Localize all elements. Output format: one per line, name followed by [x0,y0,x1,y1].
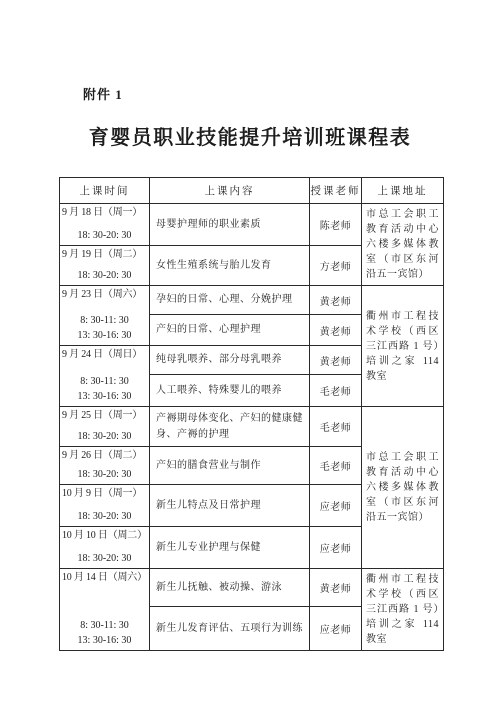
class-date: 9 月 26 日（周二） [60,447,149,463]
class-content-cell: 人工喂养、特殊婴儿的喂养 [150,375,310,407]
address-cell: 衢州市工程技术学校（西区三江西路 1 号）培训之家 114 教室 [362,286,444,407]
teacher-cell: 应老师 [310,527,362,569]
teacher-cell: 毛老师 [310,447,362,485]
class-time-cell: 9 月 25 日（周一） 18: 30-20: 30 [60,407,150,447]
class-date: 9 月 23 日（周六） [60,286,149,302]
page-title: 育婴员职业技能提升培训班课程表 [0,121,500,150]
class-date: 9 月 19 日（周二） [60,246,149,262]
header-cell-address: 上课地址 [362,178,444,204]
class-hours: 8: 30-11: 30 13: 30-16: 30 [60,313,149,343]
class-time-cell: 10 月 14 日（周六） 8: 30-11: 30 13: 30-16: 30 [60,569,150,651]
class-hours: 8: 30-11: 30 13: 30-16: 30 [60,374,149,404]
class-date: 10 月 14 日（周六） [60,569,149,585]
time-slot: 18: 30-20: 30 [60,551,149,566]
class-hours: 18: 30-20: 30 [60,228,149,243]
time-slot: 8: 30-11: 30 [60,313,149,328]
time-slot: 13: 30-16: 30 [60,328,149,343]
class-content-cell: 女性生殖系统与胎儿发育 [150,246,310,286]
class-date: 9 月 25 日（周一） [60,407,149,423]
time-slot: 18: 30-20: 30 [60,429,149,444]
time-slot: 8: 30-11: 30 [60,374,149,389]
class-time-cell: 9 月 24 日（周日） 8: 30-11: 30 13: 30-16: 30 [60,346,150,407]
teacher-cell: 黄老师 [310,346,362,375]
class-hours: 18: 30-20: 30 [60,429,149,444]
address-cell: 衢州市工程技术学校（西区三江西路 1 号）培训之家 114 教室 [362,569,444,651]
time-slot: 18: 30-20: 30 [60,228,149,243]
time-slot: 13: 30-16: 30 [60,389,149,404]
class-hours: 8: 30-11: 30 13: 30-16: 30 [60,618,149,648]
teacher-cell: 方老师 [310,246,362,286]
class-date: 9 月 18 日（周一） [60,204,149,220]
course-schedule-table: 上课时间 上课内容 授课老师 上课地址 9 月 18 日（周一） 18: 30-… [59,177,444,651]
teacher-cell: 应老师 [310,485,362,527]
header-cell-teacher: 授课老师 [310,178,362,204]
class-content-cell: 孕妇的日常、心理、分娩护理 [150,286,310,315]
class-hours: 18: 30-20: 30 [60,551,149,566]
class-content-cell: 产妇的膳食营业与制作 [150,447,310,485]
class-content-cell: 新生儿专业护理与保健 [150,527,310,569]
class-date: 9 月 24 日（周日） [60,346,149,362]
class-date: 10 月 10 日（周二） [60,527,149,543]
class-content-cell: 纯母乳喂养、部分母乳喂养 [150,346,310,375]
class-time-cell: 10 月 10 日（周二） 18: 30-20: 30 [60,527,150,569]
class-time-cell: 10 月 9 日（周一） 18: 30-20: 30 [60,485,150,527]
document-page: 附件 1 育婴员职业技能提升培训班课程表 上课时间 上课内容 授课老师 上课地址… [0,0,500,707]
time-slot: 13: 30-16: 30 [60,633,149,648]
class-time-cell: 9 月 19 日（周二） 18: 30-20: 30 [60,246,150,286]
class-date: 10 月 9 日（周一） [60,485,149,501]
class-time-cell: 9 月 18 日（周一） 18: 30-20: 30 [60,204,150,246]
class-content-cell: 产褥期母体变化、产妇的健康健身、产褥的护理 [150,407,310,447]
attachment-label: 附件 1 [83,84,123,103]
time-slot: 18: 30-20: 30 [60,467,149,482]
class-content-cell: 母婴护理师的职业素质 [150,204,310,246]
time-slot: 8: 30-11: 30 [60,618,149,633]
table-header-row: 上课时间 上课内容 授课老师 上课地址 [60,178,444,204]
class-time-cell: 9 月 26 日（周二） 18: 30-20: 30 [60,447,150,485]
teacher-cell: 黄老师 [310,569,362,607]
header-cell-content: 上课内容 [150,178,310,204]
header-cell-time: 上课时间 [60,178,150,204]
class-content-cell: 产妇的日常、心理护理 [150,315,310,346]
class-content-cell: 新生儿抚触、被动操、游泳 [150,569,310,607]
teacher-cell: 黄老师 [310,286,362,315]
class-hours: 18: 30-20: 30 [60,268,149,283]
teacher-cell: 黄老师 [310,315,362,346]
teacher-cell: 毛老师 [310,375,362,407]
table-row: 9 月 18 日（周一） 18: 30-20: 30 母婴护理师的职业素质 陈老… [60,204,444,246]
address-cell: 市总工会职工教育活动中心六楼多媒体教室（市区东河沿五一宾馆） [362,204,444,286]
address-cell: 市总工会职工教育活动中心六楼多媒体教室（市区东河沿五一宾馆） [362,407,444,569]
teacher-cell: 陈老师 [310,204,362,246]
time-slot: 18: 30-20: 30 [60,509,149,524]
teacher-cell: 应老师 [310,607,362,651]
table-row: 10 月 14 日（周六） 8: 30-11: 30 13: 30-16: 30… [60,569,444,607]
class-hours: 18: 30-20: 30 [60,467,149,482]
teacher-cell: 毛老师 [310,407,362,447]
class-hours: 18: 30-20: 30 [60,509,149,524]
class-content-cell: 新生儿特点及日常护理 [150,485,310,527]
table-row: 9 月 25 日（周一） 18: 30-20: 30 产褥期母体变化、产妇的健康… [60,407,444,447]
table-row: 9 月 23 日（周六） 8: 30-11: 30 13: 30-16: 30 … [60,286,444,315]
time-slot: 18: 30-20: 30 [60,268,149,283]
class-content-cell: 新生儿发育评估、五项行为训练 [150,607,310,651]
class-time-cell: 9 月 23 日（周六） 8: 30-11: 30 13: 30-16: 30 [60,286,150,346]
